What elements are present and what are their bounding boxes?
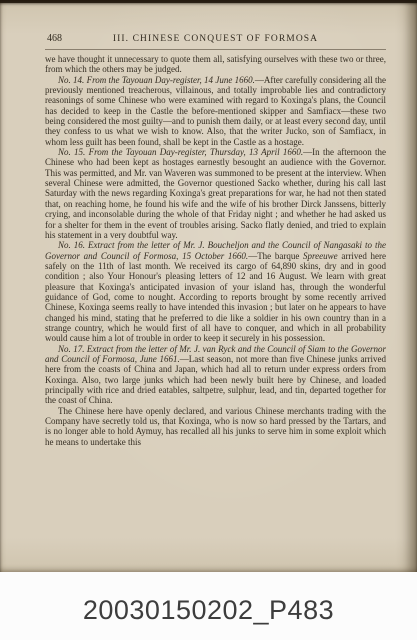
paragraph: The Chinese here have openly declared, a… (45, 406, 386, 447)
paragraph-text-segment: we have thought it unnecessary to quote … (45, 54, 386, 74)
running-title: III. CHINESE CONQUEST OF FORMOSA (45, 33, 386, 45)
page-inner: 468 III. CHINESE CONQUEST OF FORMOSA we … (45, 0, 386, 447)
paragraph-text-segment: arrived here safely on the 11th of last … (45, 251, 386, 344)
paragraph: No. 16. Extract from the letter of Mr. J… (45, 240, 386, 343)
paragraph: we have thought it unnecessary to quote … (45, 54, 386, 75)
paragraph-text-segment: —The barque (248, 251, 303, 261)
paragraph-text-segment: —After carefully considering all the pre… (45, 75, 386, 147)
paragraph: No. 14. From the Tayouan Day-register, 1… (45, 75, 386, 147)
header-rule (45, 49, 386, 50)
paragraph-text-segment: The Chinese here have openly declared, a… (45, 406, 386, 447)
scan-label-strip: 20030150202_P483 (0, 572, 417, 640)
paragraph: No. 17. Extract from the letter of Mr. J… (45, 344, 386, 406)
paragraph-italic-segment: No. 14. From the Tayouan Day-register, 1… (58, 75, 255, 85)
paragraph-italic-segment: Spreeuwe (303, 251, 338, 261)
page-header: 468 III. CHINESE CONQUEST OF FORMOSA (45, 33, 386, 46)
paragraph-italic-segment: No. 15. From the Tayouan Day-register, T… (58, 147, 303, 157)
book-page-scan: 468 III. CHINESE CONQUEST OF FORMOSA we … (0, 0, 417, 572)
paragraph-text-segment: —In the afternoon the Chinese who had be… (45, 147, 386, 240)
screenshot-stage: 468 III. CHINESE CONQUEST OF FORMOSA we … (0, 0, 417, 640)
page-body: we have thought it unnecessary to quote … (45, 54, 386, 447)
paragraph: No. 15. From the Tayouan Day-register, T… (45, 147, 386, 240)
scan-label-text: 20030150202_P483 (83, 587, 334, 626)
